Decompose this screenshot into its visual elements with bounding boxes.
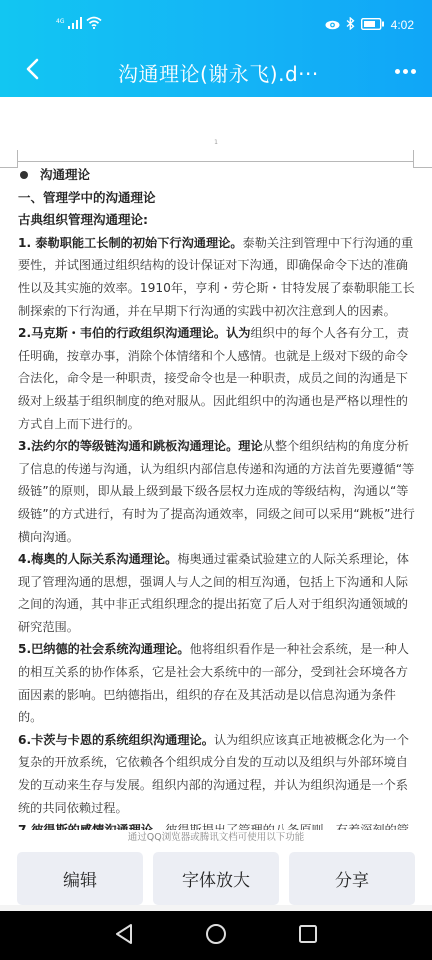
back-triangle-icon <box>114 923 134 949</box>
edit-button[interactable]: 编辑 <box>17 852 143 905</box>
subsection-heading: 古典组织管理沟通理论: <box>18 209 416 232</box>
bullet-heading: 沟通理论 <box>18 164 416 187</box>
paragraph-item-1: 1. 泰勒职能工长制的初始下行沟通理论。泰勒关注到管理中下行沟通的重要性，并试图… <box>18 232 416 322</box>
share-button[interactable]: 分享 <box>289 852 415 905</box>
wifi-icon <box>86 14 102 33</box>
system-nav-bar <box>0 911 432 960</box>
home-circle-icon <box>205 923 227 949</box>
page-number: 1 <box>0 139 432 146</box>
margin-line-top <box>18 161 414 162</box>
signal-icon <box>68 14 82 33</box>
paragraph-item-5: 5.巴纳德的社会系统沟通理论。他将组织看作是一种社会系统，是一种人的相互关系的协… <box>18 638 416 728</box>
nav-back-button[interactable] <box>111 923 137 949</box>
paragraph-item-6: 6.卡茨与卡恩的系统组织沟通理论。认为组织应该真正地被概念化为一个复杂的开放系统… <box>18 729 416 819</box>
more-dot-icon <box>411 69 416 74</box>
back-button[interactable] <box>18 56 46 86</box>
paragraph-item-4: 4.梅奥的人际关系沟通理论。梅奥通过霍桑试验建立的人际关系理论，体现了管理沟通的… <box>18 548 416 638</box>
status-left: 4G <box>56 14 102 33</box>
nav-home-button[interactable] <box>203 923 229 949</box>
more-dot-icon <box>403 69 408 74</box>
paragraph-item-7: 7.彼得斯的感情沟通理论。彼得斯提出了管理的八条原则，有着深刻的管理思想的改变，… <box>18 819 416 830</box>
paragraph-item-2: 2.马克斯・韦伯的行政组织沟通理论。认为组织中的每个人各有分工，责任明确，按章办… <box>18 322 416 435</box>
margin-line-left-horizontal <box>0 167 18 168</box>
nav-recents-button[interactable] <box>295 923 321 949</box>
status-right: 4:02 <box>325 15 414 34</box>
document-viewer[interactable]: 1 沟通理论 一、管理学中的沟通理论 古典组织管理沟通理论: 1. 泰勒职能工长… <box>0 97 432 830</box>
eye-icon <box>325 15 340 34</box>
recents-square-icon <box>298 924 318 948</box>
document-content: 沟通理论 一、管理学中的沟通理论 古典组织管理沟通理论: 1. 泰勒职能工长制的… <box>18 164 416 830</box>
header: 沟通理论(谢永飞).d··· <box>0 46 432 97</box>
document-title: 沟通理论(谢永飞).d··· <box>118 58 319 87</box>
font-enlarge-button[interactable]: 字体放大 <box>153 852 279 905</box>
section-heading: 一、管理学中的沟通理论 <box>18 187 416 210</box>
top-bar: 4G 4:02 沟通理论(谢永飞).d· <box>0 0 432 97</box>
status-bar: 4G 4:02 <box>0 0 432 46</box>
more-dot-icon <box>395 69 400 74</box>
paragraph-item-3: 3.法约尔的等级链沟通和跳板沟通理论。理论从整个组织结构的角度分析了信息的传递与… <box>18 435 416 548</box>
bluetooth-icon <box>346 15 355 34</box>
action-bar: 编辑 字体放大 分享 <box>0 852 432 905</box>
bullet-heading-text: 沟通理论 <box>40 164 90 187</box>
chevron-left-icon <box>25 58 39 84</box>
more-button[interactable] <box>392 60 418 82</box>
feature-notice: 通过QQ浏览器或腾讯文档可使用以下功能 <box>0 830 432 852</box>
battery-icon <box>361 15 385 34</box>
bullet-dot-icon <box>20 171 28 179</box>
clock: 4:02 <box>391 18 414 32</box>
network-type: 4G <box>56 19 64 25</box>
